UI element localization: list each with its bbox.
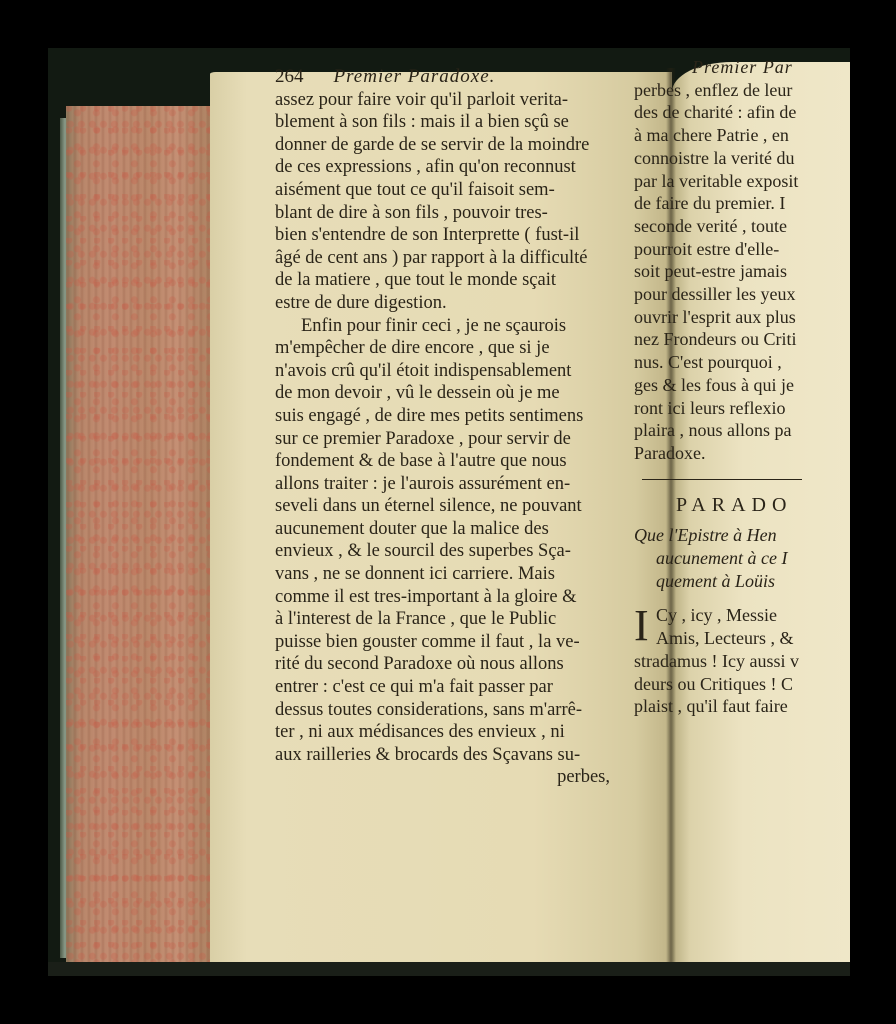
text-line: plaira , nous allons pa <box>634 419 802 442</box>
text-line: deurs ou Critiques ! C <box>634 673 802 696</box>
text-line: ouvrir l'esprit aux plus <box>634 306 802 329</box>
text-line: seconde verité , toute <box>634 215 802 238</box>
left-page-header: 264 Premier Paradoxe. <box>275 66 610 89</box>
text-line: ges & les fous à qui je <box>634 374 802 397</box>
subtitle-line: aucunement à ce I <box>634 547 802 570</box>
text-line: dessus toutes considerations, sans m'arr… <box>275 699 610 722</box>
text-line: plaist , qu'il faut faire <box>634 695 802 718</box>
text-line: seveli dans un éternel silence, ne pouva… <box>275 495 610 518</box>
text-line: nus. C'est pourquoi , <box>634 351 802 374</box>
sprinkled-page-edges <box>66 106 214 966</box>
text-line: pour dessiller les yeux <box>634 283 802 306</box>
text-line: puisse bien gouster comme il faut , la v… <box>275 631 610 654</box>
subtitle-line: quement à Loüis <box>634 570 802 593</box>
running-head: Premier Paradoxe. <box>334 66 496 89</box>
text-line: n'avois crû qu'il étoit indispensablemen… <box>275 360 610 383</box>
text-line: suis engagé , de dire mes petits sentime… <box>275 405 610 428</box>
text-line: à ma chere Patrie , en <box>634 124 802 147</box>
text-line: m'empêcher de dire encore , que si je <box>275 337 610 360</box>
text-line: de la matiere , que tout le monde sçait <box>275 269 610 292</box>
text-line: aucunement douter que la malice des <box>275 518 610 541</box>
text-line: pourroit estre d'elle- <box>634 238 802 261</box>
text-line: Enfin pour finir ceci , je ne sçaurois <box>275 315 610 338</box>
text-line: de mon devoir , vû le dessein où je me <box>275 382 610 405</box>
text-line: des de charité : afin de <box>634 101 802 124</box>
text-line: estre de dure digestion. <box>275 292 610 315</box>
page-number: 264 <box>275 66 304 89</box>
text-line: rité du second Paradoxe où nous allons <box>275 653 610 676</box>
text-line: à l'interest de la France , que le Publi… <box>275 608 610 631</box>
text-line: Cy , icy , Messie <box>656 604 802 627</box>
section-rule <box>642 479 802 480</box>
right-page-text: Premier Par perbes , enflez de leur des … <box>634 56 802 718</box>
text-line: soit peut-estre jamais <box>634 260 802 283</box>
text-line: fondement & de base à l'autre que nous <box>275 450 610 473</box>
text-line: comme il est tres-important à la gloire … <box>275 586 610 609</box>
subtitle-line: Que l'Epistre à Hen <box>634 524 802 547</box>
text-line: allons traiter : je l'aurois assurément … <box>275 473 610 496</box>
text-line: blement à son fils : mais il a bien sçû … <box>275 111 610 134</box>
text-line: envieux , & le sourcil des superbes Sça- <box>275 540 610 563</box>
text-line: ront ici leurs reflexio <box>634 397 802 420</box>
text-line: de ces expressions , afin qu'on reconnus… <box>275 156 610 179</box>
text-line: nez Frondeurs ou Criti <box>634 328 802 351</box>
text-line: assez pour faire voir qu'il parloit veri… <box>275 89 610 112</box>
text-line: donner de garde de se servir de la moind… <box>275 134 610 157</box>
drop-cap: I <box>634 606 649 646</box>
text-line: ter , ni aux médisances des envieux , ni <box>275 721 610 744</box>
catchword: perbes, <box>275 766 610 789</box>
text-line: stradamus ! Icy aussi v <box>634 650 802 673</box>
left-page-text: 264 Premier Paradoxe. assez pour faire v… <box>275 66 610 789</box>
text-line: Amis, Lecteurs , & <box>656 627 802 650</box>
table-shadow <box>48 962 850 976</box>
text-line: Paradoxe. <box>634 442 802 465</box>
text-line: blant de dire à son fils , pouvoir tres- <box>275 202 610 225</box>
text-line: aisément que tout ce qu'il faisoit sem- <box>275 179 610 202</box>
opening-paragraph: I Cy , icy , Messie Amis, Lecteurs , & <box>634 604 802 649</box>
text-line: de faire du premier. I <box>634 192 802 215</box>
text-line: âgé de cent ans ) par rapport à la diffi… <box>275 247 610 270</box>
running-head: Premier Par <box>634 56 802 79</box>
text-line: entrer : c'est ce qui m'a fait passer pa… <box>275 676 610 699</box>
text-line: sur ce premier Paradoxe , pour servir de <box>275 428 610 451</box>
text-line: perbes , enflez de leur <box>634 79 802 102</box>
text-line: par la veritable exposit <box>634 170 802 193</box>
text-line: connoistre la verité du <box>634 147 802 170</box>
text-line: bien s'entendre de son Interprette ( fus… <box>275 224 610 247</box>
section-title: PARADO <box>634 494 802 517</box>
text-line: vans , ne se donnent ici carriere. Mais <box>275 563 610 586</box>
text-line: aux railleries & brocards des Sçavans su… <box>275 744 610 767</box>
